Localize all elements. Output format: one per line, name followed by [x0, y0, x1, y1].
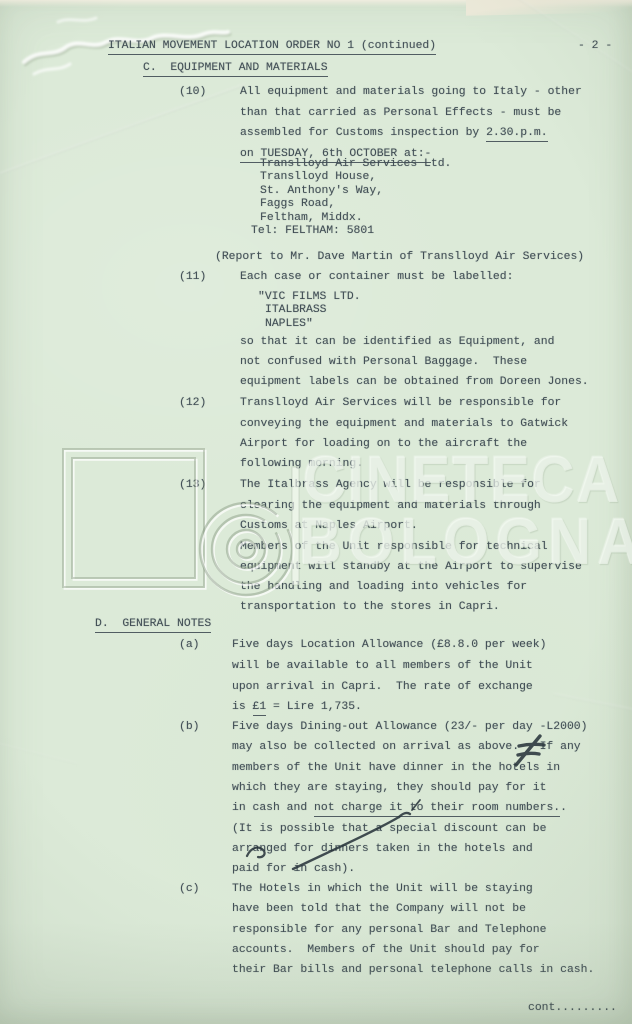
- doc-line: not confused with Personal Baggage. Thes…: [240, 355, 527, 369]
- text-segment: Tel: FELTHAM: 5801: [251, 225, 374, 237]
- paper-crease: [553, 693, 632, 713]
- address-line: St. Anthony's Way,: [260, 184, 383, 198]
- text-segment: upon arrival in Capri. The rate of excha…: [232, 681, 533, 693]
- doc-line: than that carried as Personal Effects - …: [240, 106, 561, 120]
- text-segment: (13): [179, 479, 206, 491]
- doc-line: Translloyd Air Services will be responsi…: [240, 396, 561, 410]
- doc-line: equipment labels can be obtained from Do…: [240, 375, 589, 389]
- doc-line: (It is possible that a special discount …: [232, 822, 546, 836]
- doc-line: the handling and loading into vehicles f…: [240, 580, 527, 594]
- text-segment: Members of the Unit responsible for tech…: [240, 541, 548, 553]
- doc-line: (Report to Mr. Dave Martin of Translloyd…: [215, 250, 584, 264]
- doc-line: Airport for loading on to the aircraft t…: [240, 437, 527, 451]
- text-segment: so that it can be identified as Equipmen…: [240, 336, 554, 348]
- item-12-marker: (12): [179, 396, 206, 410]
- doc-line: accounts. Members of the Unit should pay…: [232, 943, 540, 957]
- text-segment: £1: [253, 701, 267, 716]
- text-segment: All equipment and materials going to Ita…: [240, 86, 582, 98]
- doc-line: transportation to the stores in Capri.: [240, 600, 500, 614]
- text-segment: Translloyd House,: [260, 171, 376, 183]
- text-segment: will be available to all members of the …: [232, 660, 533, 672]
- doc-line: The Italbrass Agency will be responsible…: [240, 478, 541, 492]
- section-c-heading: C. EQUIPMENT AND MATERIALS: [143, 61, 328, 75]
- text-segment: (12): [179, 397, 206, 409]
- doc-line: following morning.: [240, 457, 363, 471]
- doc-line: conveying the equipment and materials to…: [240, 417, 568, 431]
- text-segment: Customs at Naples Airport.: [240, 520, 418, 532]
- doc-line: which they are staying, they should pay …: [232, 781, 546, 795]
- doc-line: Each case or container must be labelled:: [240, 270, 513, 284]
- address-line: Faggs Road,: [260, 197, 335, 211]
- text-segment: the handling and loading into vehicles f…: [240, 581, 527, 593]
- doc-line: have been told that the Company will not…: [232, 902, 526, 916]
- text-segment: Feltham, Middx.: [260, 212, 363, 224]
- doc-line: may also be collected on arrival as abov…: [232, 740, 581, 754]
- text-segment: conveying the equipment and materials to…: [240, 418, 568, 430]
- text-segment: Translloyd Air Services Ltd.: [260, 158, 451, 170]
- section-d-heading: D. GENERAL NOTES: [95, 617, 211, 631]
- item-13-marker: (13): [179, 478, 206, 492]
- text-segment: accounts. Members of the Unit should pay…: [232, 944, 540, 956]
- address-line: Translloyd Air Services Ltd.: [260, 157, 451, 171]
- text-segment: Five days Dining-out Allowance (23/- per…: [232, 721, 587, 733]
- text-segment: .: [560, 802, 567, 814]
- paper-crease: [0, 741, 79, 765]
- text-segment: Airport for loading on to the aircraft t…: [240, 438, 527, 450]
- address-line: Translloyd House,: [260, 170, 376, 184]
- paper-crease: [0, 83, 246, 174]
- text-segment: 2.30.p.m.: [486, 127, 548, 142]
- text-segment: Five days Location Allowance (£8.8.0 per…: [232, 639, 546, 651]
- text-segment: St. Anthony's Way,: [260, 185, 383, 197]
- item-10-marker: (10): [179, 85, 206, 99]
- doc-line: their Bar bills and personal telephone c…: [232, 963, 594, 977]
- text-segment: than that carried as Personal Effects - …: [240, 107, 561, 119]
- text-segment: not charge it to their room numbers.: [314, 802, 560, 817]
- label-line: ITALBRASS: [265, 303, 327, 317]
- text-segment: (It is possible that a special discount …: [232, 823, 546, 835]
- text-segment: (a): [179, 639, 200, 651]
- doc-line: arranged for dinners taken in the hotels…: [232, 842, 533, 856]
- document-page: ITALIAN MOVEMENT LOCATION ORDER NO 1 (co…: [0, 0, 632, 1024]
- text-segment: have been told that the Company will not…: [232, 903, 526, 915]
- text-segment: NAPLES": [265, 318, 313, 330]
- address-line: Tel: FELTHAM: 5801: [251, 224, 374, 238]
- label-line: NAPLES": [265, 317, 313, 331]
- item-b-marker: (b): [179, 720, 200, 734]
- doc-line: responsible for any personal Bar and Tel…: [232, 923, 546, 937]
- doc-line: assembled for Customs inspection by 2.30…: [240, 126, 548, 140]
- text-segment: (10): [179, 86, 206, 98]
- text-segment: which they are staying, they should pay …: [232, 782, 546, 794]
- page-title: ITALIAN MOVEMENT LOCATION ORDER NO 1 (co…: [108, 39, 436, 53]
- text-segment: Faggs Road,: [260, 198, 335, 210]
- doc-line: The Hotels in which the Unit will be sta…: [232, 882, 533, 896]
- text-segment: "VIC FILMS LTD.: [258, 291, 361, 303]
- text-segment: responsible for any personal Bar and Tel…: [232, 924, 546, 936]
- doc-line: upon arrival in Capri. The rate of excha…: [232, 680, 533, 694]
- doc-line: Five days Location Allowance (£8.8.0 per…: [232, 638, 546, 652]
- top-right-page-edge: [466, 0, 632, 16]
- text-segment: (Report to Mr. Dave Martin of Translloyd…: [215, 251, 584, 263]
- text-segment: - 2 -: [578, 40, 612, 52]
- text-segment: (b): [179, 721, 200, 733]
- doc-line: members of the Unit have dinner in the h…: [232, 761, 560, 775]
- doc-line: equipment will standby at the Airport to…: [240, 560, 582, 574]
- text-segment: Translloyd Air Services will be responsi…: [240, 397, 561, 409]
- text-segment: in cash and: [232, 802, 314, 814]
- label-line: "VIC FILMS LTD.: [258, 290, 361, 304]
- text-segment: = Lire 1,735.: [266, 701, 362, 713]
- doc-line: Five days Dining-out Allowance (23/- per…: [232, 720, 587, 734]
- text-segment: D. GENERAL NOTES: [95, 618, 211, 633]
- text-segment: equipment labels can be obtained from Do…: [240, 376, 589, 388]
- text-segment: is: [232, 701, 253, 713]
- text-segment: not confused with Personal Baggage. Thes…: [240, 356, 527, 368]
- doc-line: so that it can be identified as Equipmen…: [240, 335, 554, 349]
- text-segment: The Hotels in which the Unit will be sta…: [232, 883, 533, 895]
- text-segment: ITALIAN MOVEMENT LOCATION ORDER NO 1 (co…: [108, 40, 436, 55]
- doc-line: in cash and not charge it to their room …: [232, 801, 567, 815]
- text-segment: may also be collected on arrival as abov…: [232, 741, 581, 753]
- text-segment: (11): [179, 271, 206, 283]
- stamp-frame: [63, 449, 206, 589]
- address-line: Feltham, Middx.: [260, 211, 363, 225]
- text-segment: following morning.: [240, 458, 363, 470]
- text-segment: clearing the equipment and materials thr…: [240, 500, 541, 512]
- doc-line: paid for in cash).: [232, 862, 355, 876]
- doc-line: Customs at Naples Airport.: [240, 519, 418, 533]
- doc-line: clearing the equipment and materials thr…: [240, 499, 541, 513]
- text-segment: The Italbrass Agency will be responsible…: [240, 479, 541, 491]
- doc-line: is £1 = Lire 1,735.: [232, 700, 362, 714]
- text-segment: paid for in cash).: [232, 863, 355, 875]
- doc-line: All equipment and materials going to Ita…: [240, 85, 582, 99]
- text-segment: cont.........: [528, 1002, 617, 1014]
- text-segment: ITALBRASS: [265, 304, 327, 316]
- footer-cont: cont.........: [528, 1001, 617, 1015]
- text-segment: members of the Unit have dinner in the h…: [232, 762, 560, 774]
- item-a-marker: (a): [179, 638, 200, 652]
- text-segment: their Bar bills and personal telephone c…: [232, 964, 594, 976]
- text-segment: Each case or container must be labelled:: [240, 271, 513, 283]
- doc-line: will be available to all members of the …: [232, 659, 533, 673]
- text-segment: C. EQUIPMENT AND MATERIALS: [143, 62, 328, 77]
- text-segment: equipment will standby at the Airport to…: [240, 561, 582, 573]
- text-segment: (c): [179, 883, 200, 895]
- page-number: - 2 -: [578, 39, 612, 53]
- text-segment: arranged for dinners taken in the hotels…: [232, 843, 533, 855]
- doc-line: Members of the Unit responsible for tech…: [240, 540, 548, 554]
- text-segment: transportation to the stores in Capri.: [240, 601, 500, 613]
- item-11-marker: (11): [179, 270, 206, 284]
- text-segment: assembled for Customs inspection by: [240, 127, 486, 139]
- item-c-marker: (c): [179, 882, 200, 896]
